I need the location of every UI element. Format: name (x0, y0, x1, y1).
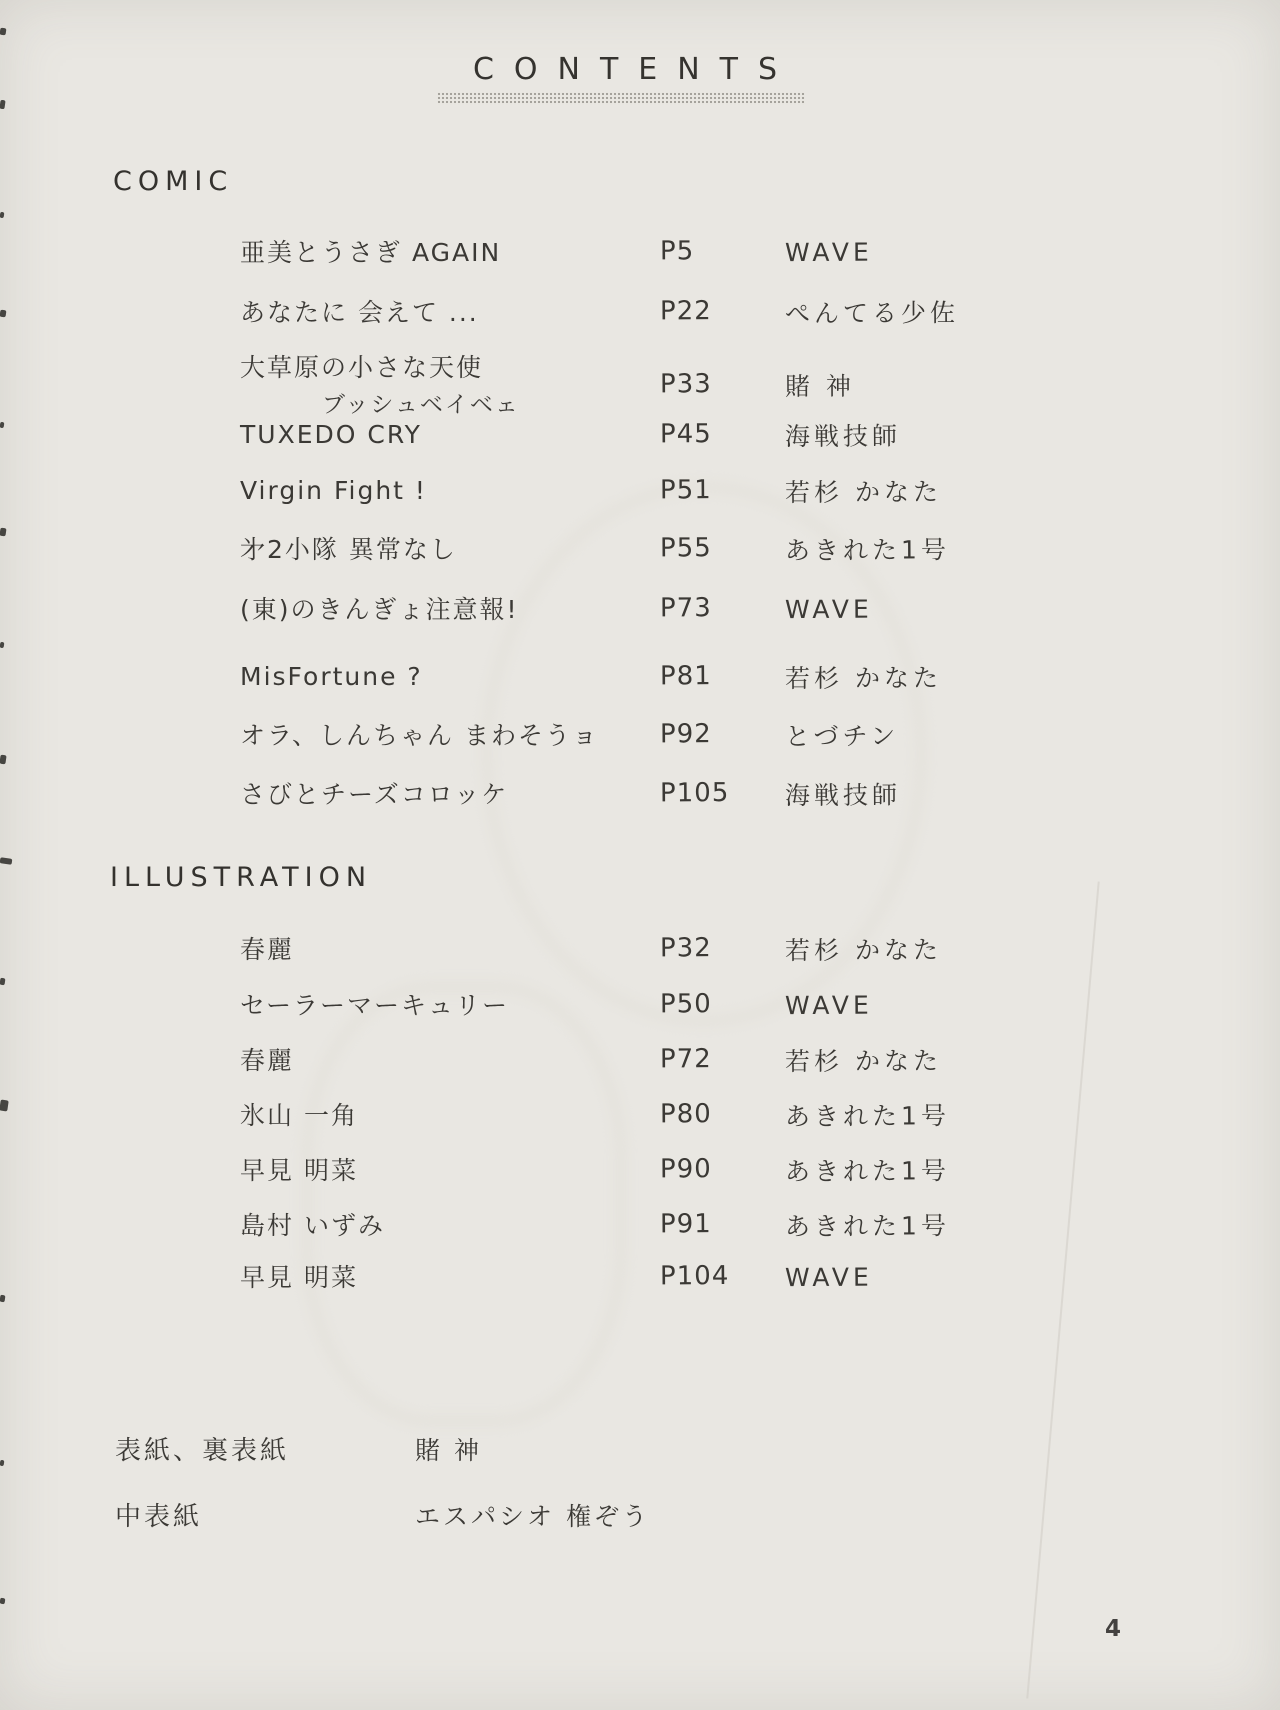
entry-title-cell: あなたに 会えて ... (240, 293, 660, 329)
entry-page-number: P105 (660, 778, 785, 809)
entry-title-cell: 氷山 一角 (240, 1096, 660, 1132)
entry-page-number: P81 (660, 661, 785, 692)
entry-title: 春麗 (240, 1046, 294, 1075)
entry-page-number: P73 (660, 593, 785, 624)
entry-page-number: P33 (660, 368, 785, 399)
toc-row: 亜美とうさぎ AGAIN P5 WAVE (240, 233, 1220, 269)
entry-title: 㐧2小隊 異常なし (240, 535, 457, 564)
entry-title: 島村 いずみ (240, 1211, 385, 1240)
entry-page-number: P91 (660, 1209, 785, 1240)
entry-title-cell: 早見 明菜 (240, 1151, 660, 1187)
entry-title-cell: MisFortune ? (240, 662, 660, 691)
entry-title: TUXEDO CRY (240, 420, 422, 449)
entry-author: WAVE (785, 1260, 1220, 1291)
entry-page-number: P72 (660, 1044, 785, 1075)
entry-author: 若杉 かなた (785, 471, 1220, 509)
section-header-comic: COMIC (113, 166, 233, 197)
toc-row: 島村 いずみ P91 あきれた1号 (240, 1206, 1220, 1242)
entry-title-cell: セーラーマーキュリー (240, 986, 660, 1022)
entry-title-cell: 㐧2小隊 異常なし (240, 530, 660, 566)
entry-title: あなたに 会えて ... (240, 298, 479, 327)
scan-edge-mark (0, 1099, 9, 1111)
toc-row: 早見 明菜 P90 あきれた1号 (240, 1151, 1220, 1187)
toc-row: 㐧2小隊 異常なし P55 あきれた1号 (240, 530, 1220, 566)
entry-title: セーラーマーキュリー (240, 991, 509, 1020)
scan-edge-mark (0, 755, 7, 765)
entry-author: あきれた1号 (785, 1150, 1220, 1188)
credit-label: 表紙、裏表紙 (115, 1430, 415, 1467)
entry-page-number: P45 (660, 419, 785, 450)
entry-title-cell: 早見 明菜 (240, 1258, 660, 1294)
entry-author: あきれた1号 (785, 529, 1220, 567)
scan-edge-mark (0, 28, 6, 36)
toc-row: 春麗 P32 若杉 かなた (240, 930, 1220, 966)
entry-title: (東)のきんぎょ注意報! (240, 595, 519, 624)
scan-edge-mark (0, 1460, 4, 1466)
entry-page-number: P92 (660, 719, 785, 750)
entry-title-cell: さびとチーズコロッケ (240, 775, 660, 811)
entry-title-cell: 島村 いずみ (240, 1206, 660, 1242)
entry-page-number: P5 (660, 236, 785, 267)
toc-row: (東)のきんぎょ注意報! P73 WAVE (240, 590, 1220, 626)
entry-page-number: P51 (660, 475, 785, 506)
entry-title: 氷山 一角 (240, 1101, 358, 1130)
entry-title: 早見 明菜 (240, 1156, 358, 1185)
entry-title: オラ、しんちゃん まわそうョ (240, 721, 599, 750)
page-title: CONTENTS (455, 52, 815, 87)
folio-page-number: 4 (1105, 1616, 1121, 1642)
entry-author: 賭 神 (785, 364, 1220, 402)
entry-author: 海戦技師 (785, 415, 1220, 453)
section-header-illustration: ILLUSTRATION (110, 862, 372, 893)
scan-edge-mark (0, 100, 6, 110)
scan-edge-mark (0, 642, 4, 648)
credit-author: エスパシオ 権ぞう (415, 1497, 1015, 1533)
entry-page-number: P32 (660, 933, 785, 964)
toc-row: 氷山 一角 P80 あきれた1号 (240, 1096, 1220, 1132)
entry-author: WAVE (785, 235, 1220, 266)
scanned-contents-page: CONTENTS COMIC ILLUSTRATION 亜美とうさぎ AGAIN… (0, 0, 1280, 1710)
toc-row: 早見 明菜 P104 WAVE (240, 1258, 1220, 1294)
entry-page-number: P90 (660, 1154, 785, 1185)
entry-title: 大草原の小さな天使 (240, 353, 483, 382)
entry-author: 若杉 かなた (785, 929, 1220, 967)
credit-author: 賭 神 (415, 1431, 1015, 1467)
entry-title: 亜美とうさぎ AGAIN (240, 238, 501, 267)
entry-author: あきれた1号 (785, 1205, 1220, 1243)
entry-author: 海戦技師 (785, 774, 1220, 812)
entry-author: WAVE (785, 988, 1220, 1019)
entry-title-cell: TUXEDO CRY (240, 420, 660, 449)
entry-title-cell: 大草原の小さな天使 ブッシュベイベェ (240, 348, 660, 419)
entry-author: ぺんてる少佐 (785, 292, 1220, 330)
toc-row: TUXEDO CRY P45 海戦技師 (240, 416, 1220, 452)
toc-row: さびとチーズコロッケ P105 海戦技師 (240, 775, 1220, 811)
scan-edge-mark (0, 212, 4, 218)
scan-edge-mark (0, 528, 7, 537)
credit-label: 中表紙 (115, 1496, 415, 1533)
scan-edge-mark (0, 857, 12, 865)
title-halftone-underline (437, 92, 805, 105)
entry-author: 若杉 かなた (785, 1040, 1220, 1078)
scan-edge-mark (0, 310, 6, 318)
entry-subtitle: ブッシュベイベェ (322, 386, 660, 419)
entry-title: 早見 明菜 (240, 1263, 358, 1292)
entry-title: 春麗 (240, 935, 294, 964)
toc-row: オラ、しんちゃん まわそうョ P92 とづチン (240, 716, 1220, 752)
toc-row: セーラーマーキュリー P50 WAVE (240, 986, 1220, 1022)
toc-row: 春麗 P72 若杉 かなた (240, 1041, 1220, 1077)
entry-title-cell: オラ、しんちゃん まわそうョ (240, 716, 660, 752)
entry-author: とづチン (785, 715, 1220, 753)
entry-title-cell: 亜美とうさぎ AGAIN (240, 233, 660, 269)
toc-row: Virgin Fight ! P51 若杉 かなた (240, 472, 1220, 508)
entry-page-number: P104 (660, 1261, 785, 1292)
entry-title-cell: 春麗 (240, 930, 660, 966)
entry-page-number: P80 (660, 1099, 785, 1130)
toc-row: あなたに 会えて ... P22 ぺんてる少佐 (240, 293, 1220, 329)
toc-row: 大草原の小さな天使 ブッシュベイベェ P33 賭 神 (240, 348, 1220, 419)
entry-author: あきれた1号 (785, 1095, 1220, 1133)
entry-page-number: P50 (660, 989, 785, 1020)
entry-author: 若杉 かなた (785, 657, 1220, 695)
entry-author: WAVE (785, 592, 1220, 623)
scan-edge-mark (0, 1598, 5, 1605)
entry-page-number: P22 (660, 296, 785, 327)
entry-title: Virgin Fight ! (240, 476, 427, 505)
credit-row: 表紙、裏表紙 賭 神 (115, 1430, 1015, 1467)
entry-title-cell: Virgin Fight ! (240, 476, 660, 505)
scan-edge-mark (0, 1295, 5, 1303)
scan-edge-mark (0, 978, 5, 986)
entry-title: MisFortune ? (240, 662, 423, 691)
toc-row: MisFortune ? P81 若杉 かなた (240, 658, 1220, 694)
scan-edge-mark (0, 422, 4, 428)
entry-title-cell: 春麗 (240, 1041, 660, 1077)
entry-page-number: P55 (660, 533, 785, 564)
credit-row: 中表紙 エスパシオ 権ぞう (115, 1496, 1015, 1533)
entry-title-cell: (東)のきんぎょ注意報! (240, 590, 660, 626)
entry-title: さびとチーズコロッケ (240, 780, 508, 809)
